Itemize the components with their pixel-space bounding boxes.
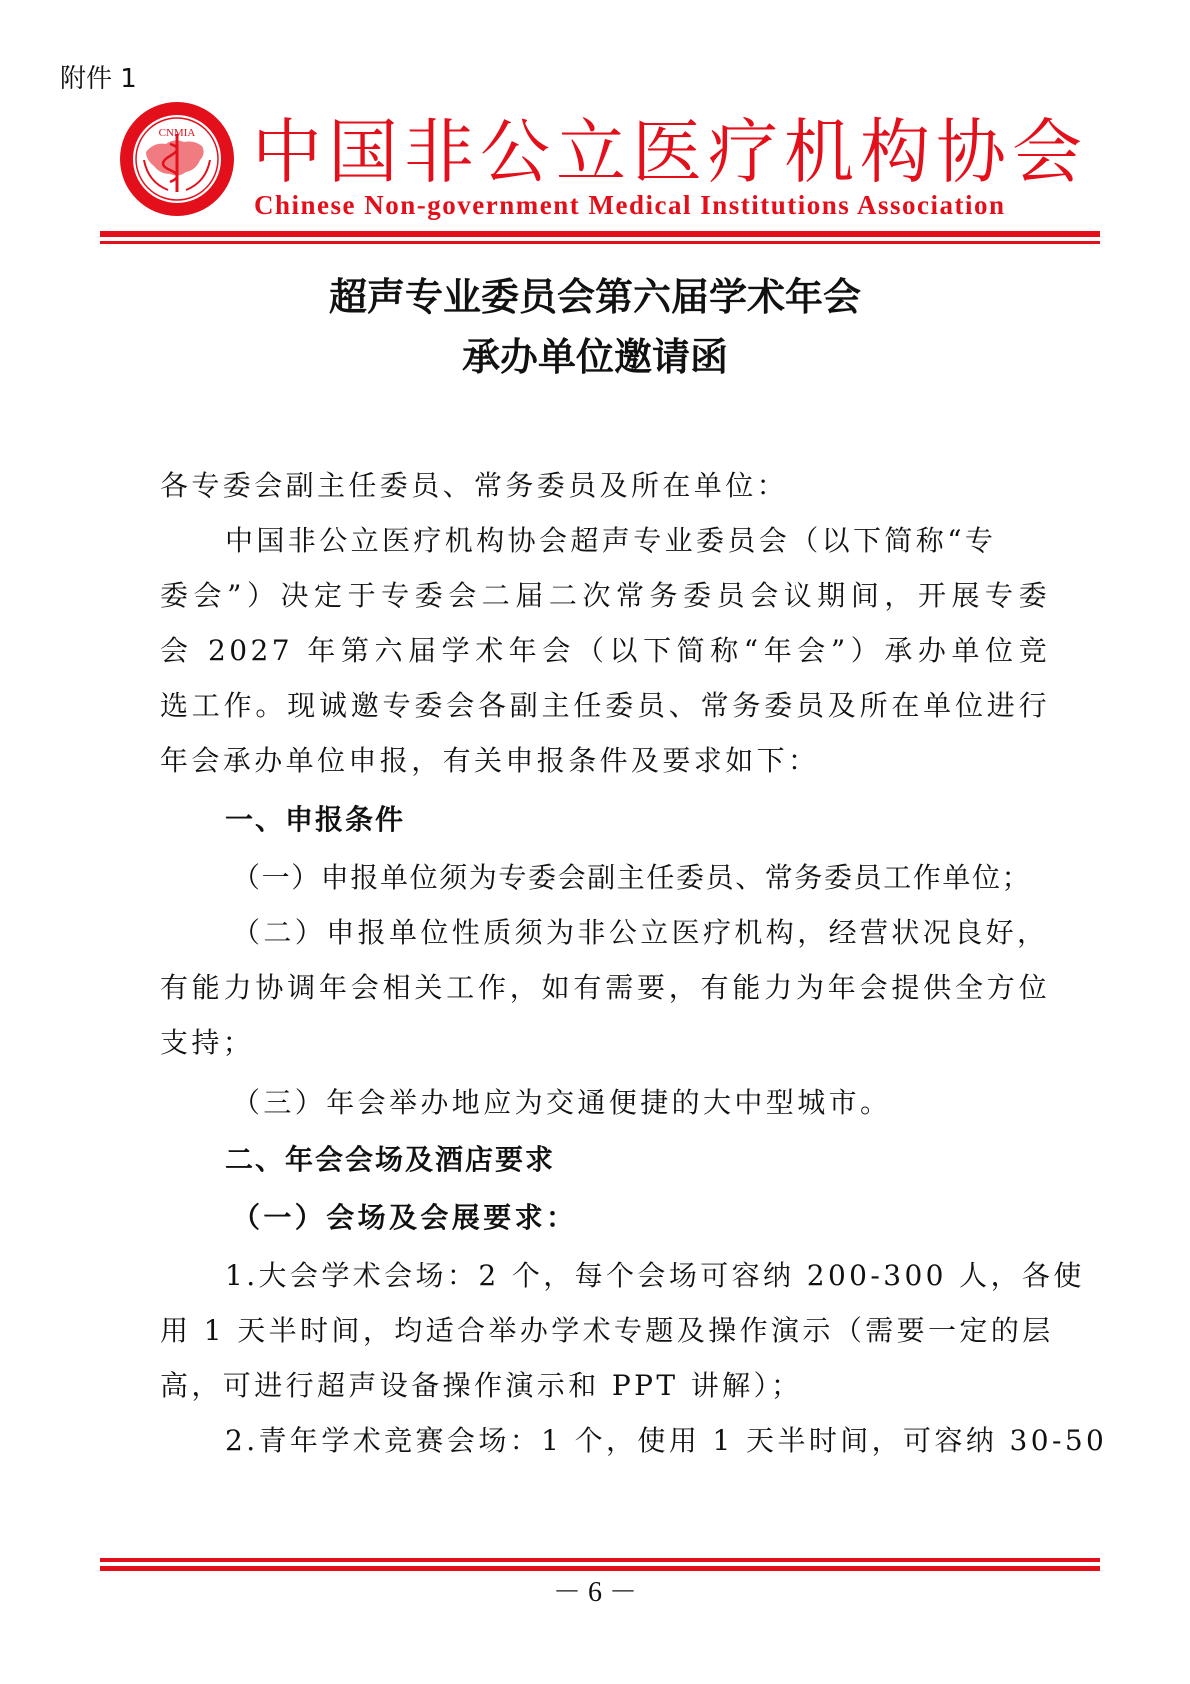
header-rule-thick	[100, 231, 1100, 237]
page-number: － 6 －	[0, 1570, 1190, 1610]
intro-line: 会 2027 年第六届学术年会（以下简称“年会”）承办单位竞	[160, 631, 1050, 671]
condition-item: （一）申报单位须为专委会副主任委员、常务委员工作单位；	[232, 858, 1050, 898]
org-name-cn: 中国非公立医疗机构协会	[252, 112, 1088, 192]
section-heading-1: 一、申报条件	[225, 800, 1115, 840]
intro-line: 选工作。现诚邀专委会各副主任委员、常务委员及所在单位进行	[160, 686, 1050, 726]
venue-item: 1.大会学术会场：2 个，每个会场可容纳 200-300 人，各使	[225, 1256, 1050, 1296]
document-title-line2: 承办单位邀请函	[0, 332, 1190, 382]
condition-item: 支持；	[160, 1023, 1050, 1063]
footer-rule-top	[100, 1558, 1100, 1562]
intro-line: 委会”）决定于专委会二届二次常务委员会议期间，开展专委	[160, 576, 1050, 616]
org-name-en: Chinese Non-government Medical Instituti…	[254, 190, 1006, 221]
section-heading-2: 二、年会会场及酒店要求	[225, 1140, 1115, 1180]
svg-text:CNMIA: CNMIA	[159, 127, 196, 139]
intro-line: 中国非公立医疗机构协会超声专业委员会（以下简称“专	[225, 521, 1050, 561]
attachment-label: 附件 1	[60, 58, 137, 95]
venue-item: 高，可进行超声设备操作演示和 PPT 讲解）；	[160, 1366, 1050, 1406]
document-title-line1: 超声专业委员会第六届学术年会	[0, 272, 1190, 322]
venue-item: 2.青年学术竞赛会场：1 个，使用 1 天半时间，可容纳 30-50	[225, 1421, 1050, 1461]
venue-item: 用 1 天半时间，均适合举办学术专题及操作演示（需要一定的层	[160, 1311, 1050, 1351]
intro-line: 年会承办单位申报，有关申报条件及要求如下：	[160, 741, 1050, 781]
condition-item: （二）申报单位性质须为非公立医疗机构，经营状况良好，	[232, 913, 1050, 953]
header-rule-thin	[100, 241, 1100, 244]
condition-item: （三）年会举办地应为交通便捷的大中型城市。	[232, 1083, 1122, 1123]
condition-item: 有能力协调年会相关工作，如有需要，有能力为年会提供全方位	[160, 968, 1050, 1008]
cnmia-logo-icon: CNMIA	[118, 100, 236, 218]
salutation: 各专委会副主任委员、常务委员及所在单位：	[160, 466, 1050, 506]
subsection-heading: （一）会场及会展要求：	[232, 1198, 1122, 1238]
